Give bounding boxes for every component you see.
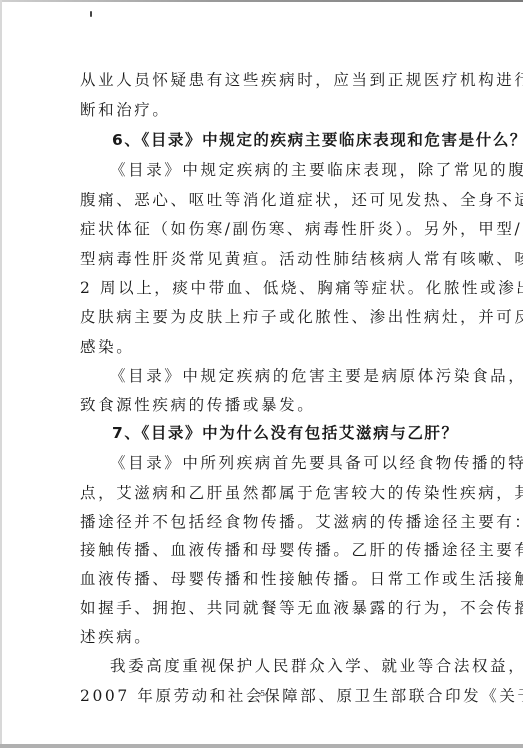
paragraph-line: 断和治疗。	[80, 100, 171, 120]
page-top-edge	[2, 0, 523, 2]
paragraph-line: 《目录》中规定疾病的主要临床表现，除了常见的腹泻、	[110, 160, 523, 180]
page-number: 5	[260, 689, 265, 698]
section-heading-6: 6、《目录》中规定的疾病主要临床表现和危害是什么？	[112, 130, 523, 150]
paragraph-line: 从业人员怀疑患有这些疾病时，应当到正规医疗机构进行诊	[80, 70, 523, 90]
paragraph-line: 2007 年原劳动和社会保障部、原卫生部联合印发《关于维护	[80, 686, 523, 706]
paragraph-line: 《目录》中所列疾病首先要具备可以经食物传播的特	[110, 453, 523, 473]
paragraph-line: 致食源性疾病的传播或暴发。	[80, 395, 315, 415]
paragraph-line: 腹痛、恶心、呕吐等消化道症状，还可见发热、全身不适等	[80, 190, 523, 210]
paragraph-line: 型病毒性肝炎常见黄疸。活动性肺结核病人常有咳嗽、咳痰	[80, 249, 523, 269]
paragraph-line: 述疾病。	[80, 627, 152, 647]
paragraph-line: 皮肤病主要为皮肤上疖子或化脓性、渗出性病灶，并可反复	[80, 307, 523, 327]
paragraph-line: 点，艾滋病和乙肝虽然都属于危害较大的传染性疾病，其传	[80, 483, 523, 503]
section-heading-7: 7、《目录》中为什么没有包括艾滋病与乙肝？	[112, 423, 459, 443]
paragraph-line: 接触传播、血液传播和母婴传播。乙肝的传播途径主要有：	[80, 540, 523, 560]
paragraph-line: 2 周以上，痰中带血、低烧、胸痛等症状。化脓性或渗出性	[80, 278, 523, 298]
paragraph-line: 如握手、拥抱、共同就餐等无血液暴露的行为，不会传播上	[80, 598, 523, 618]
paragraph-line: 播途径并不包括经食物传播。艾滋病的传播途径主要有：性	[80, 512, 523, 532]
paragraph-line: 感染。	[80, 337, 134, 357]
viewer-bottom-bar	[0, 744, 523, 748]
paragraph-line: 《目录》中规定疾病的危害主要是病原体污染食品，导	[110, 366, 523, 386]
document-page: 从业人员怀疑患有这些疾病时，应当到正规医疗机构进行诊 断和治疗。 6、《目录》中…	[0, 0, 523, 744]
scan-mark	[90, 11, 92, 17]
paragraph-line: 我委高度重视保护人民群众入学、就业等合法权益，	[110, 656, 523, 676]
paragraph-line: 症状体征（如伤寒/副伤寒、病毒性肝炎）。另外，甲型/戊	[80, 219, 523, 239]
paragraph-line: 血液传播、母婴传播和性接触传播。日常工作或生活接触，	[80, 569, 523, 589]
